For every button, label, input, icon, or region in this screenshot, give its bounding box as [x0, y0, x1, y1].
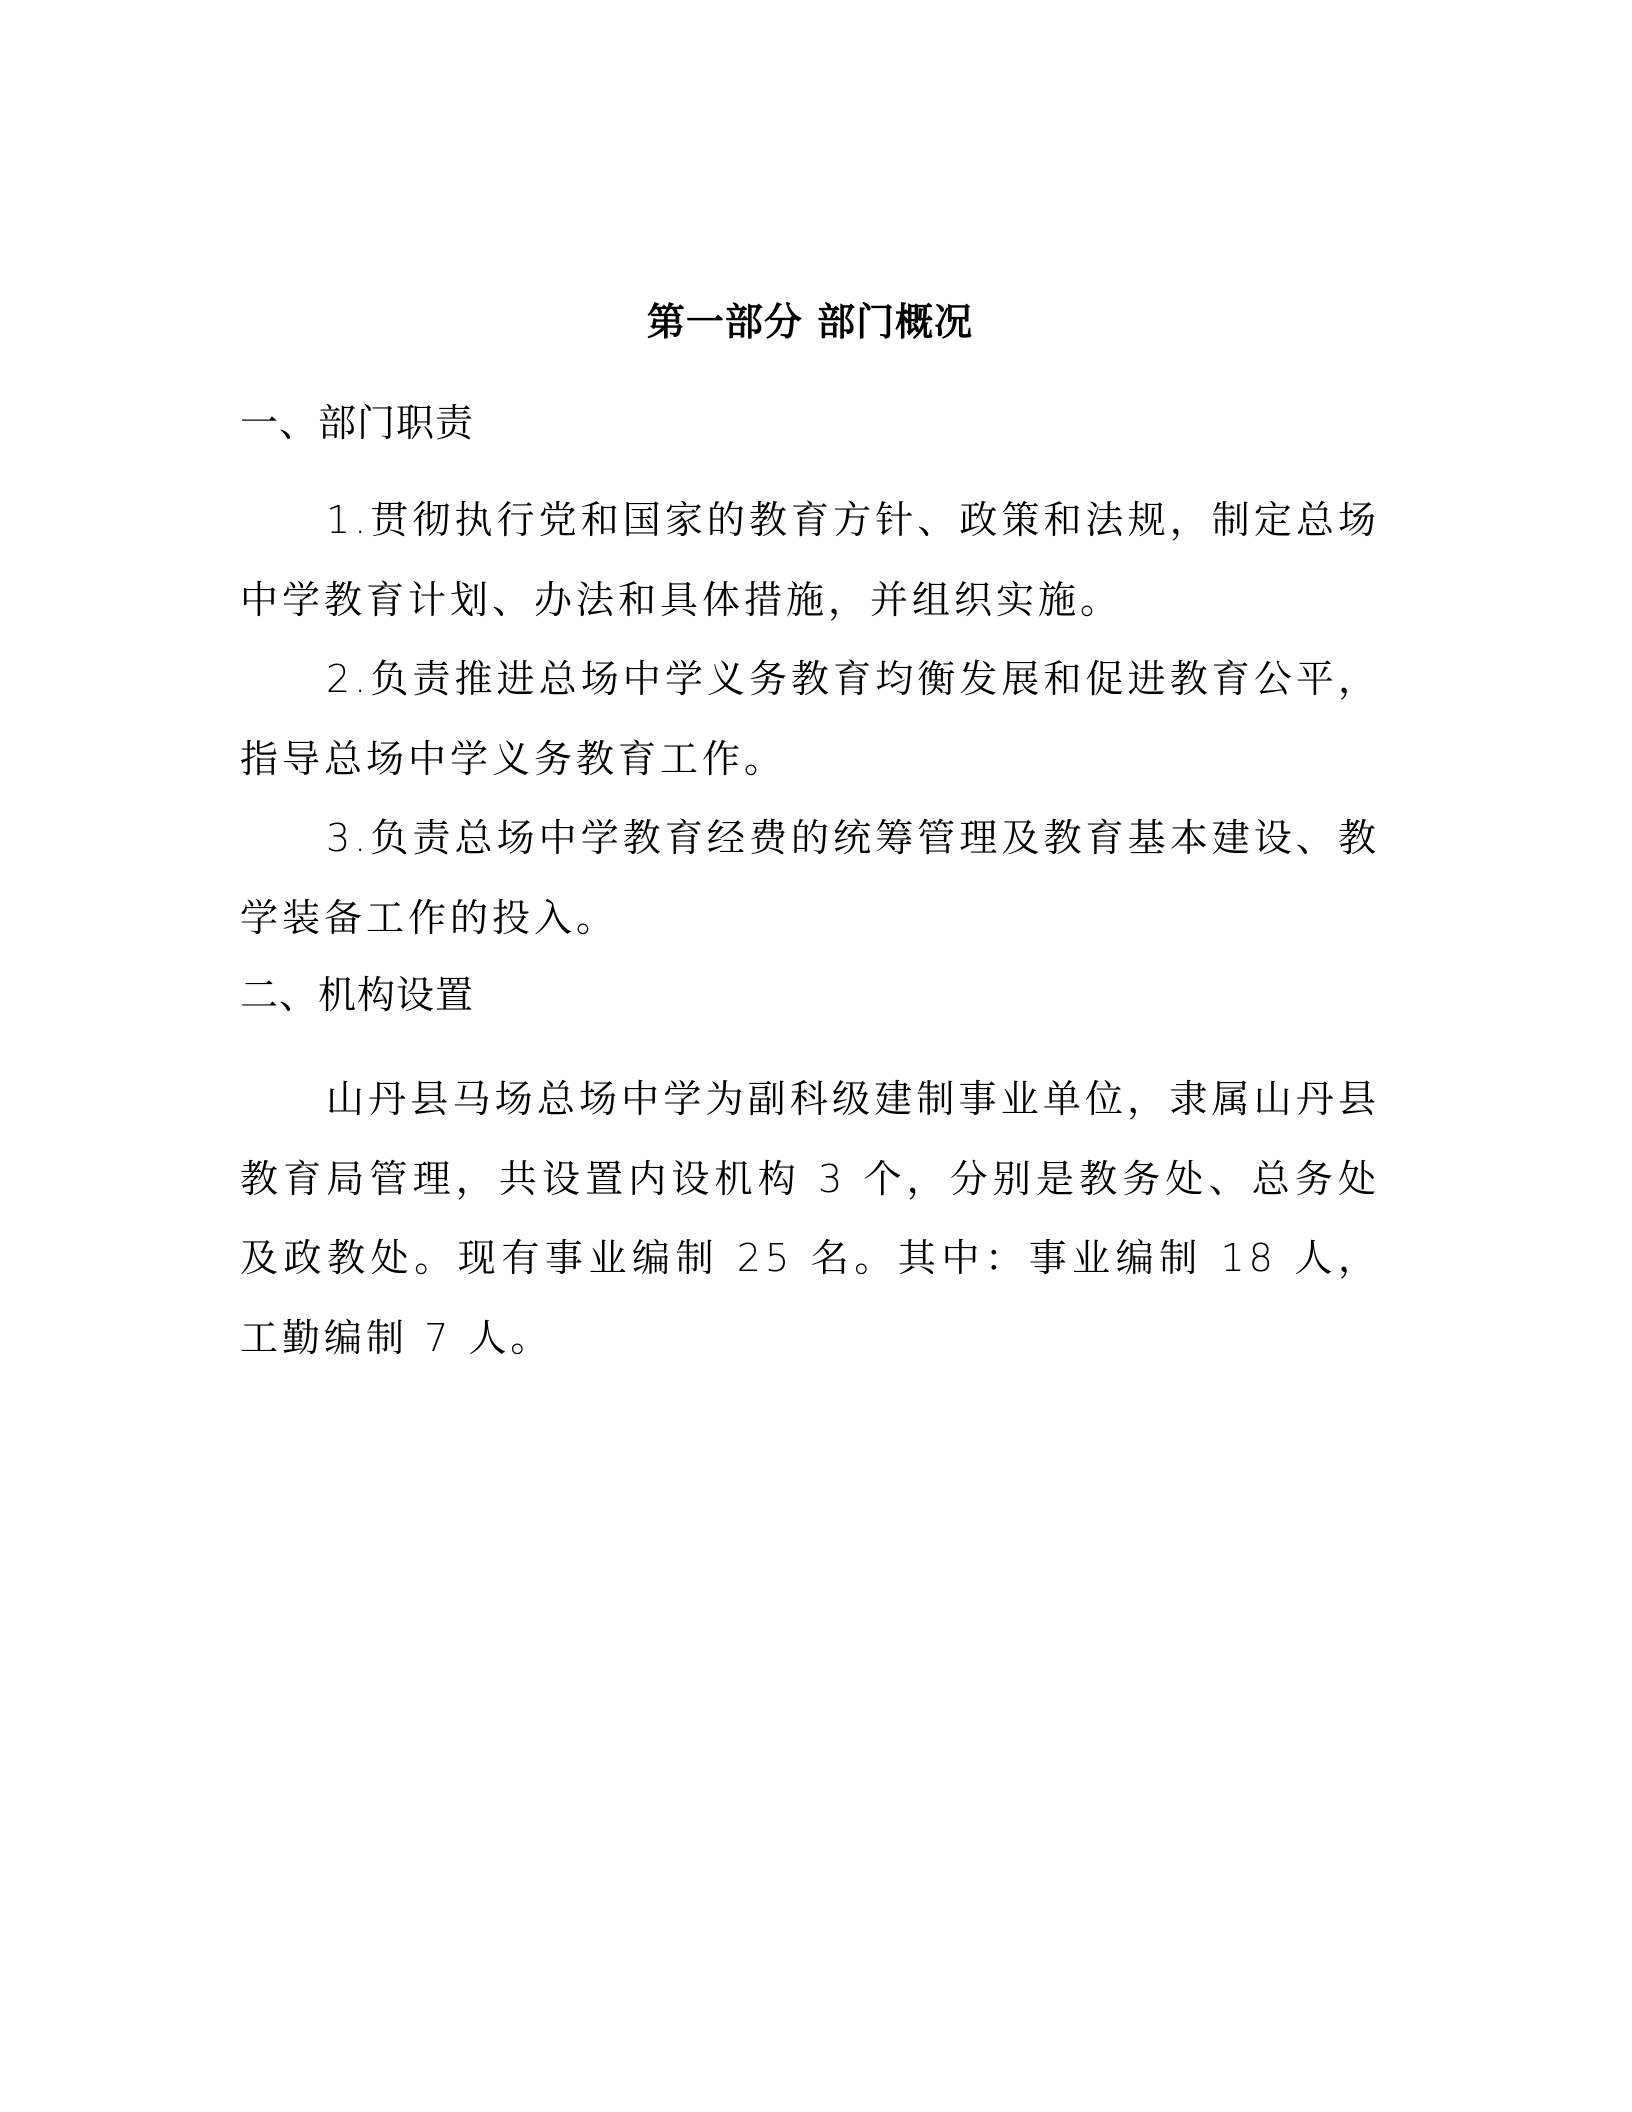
section-heading-organization: 二、机构设置 — [240, 965, 474, 1025]
page-title: 第一部分 部门概况 — [240, 292, 1380, 352]
duty-paragraph-3: 3.负责总场中学教育经费的统筹管理及教育基本建设、教学装备工作的投入。 — [240, 799, 1380, 958]
section-heading-department-duties: 一、部门职责 — [240, 393, 474, 453]
duty-paragraph-1: 1.贯彻执行党和国家的教育方针、政策和法规，制定总场中学教育计划、办法和具体措施… — [240, 481, 1380, 640]
duty-paragraph-2: 2.负责推进总场中学义务教育均衡发展和促进教育公平，指导总场中学义务教育工作。 — [240, 640, 1380, 799]
organization-paragraph: 山丹县马场总场中学为副科级建制事业单位，隶属山丹县教育局管理，共设置内设机构 3… — [240, 1060, 1380, 1378]
